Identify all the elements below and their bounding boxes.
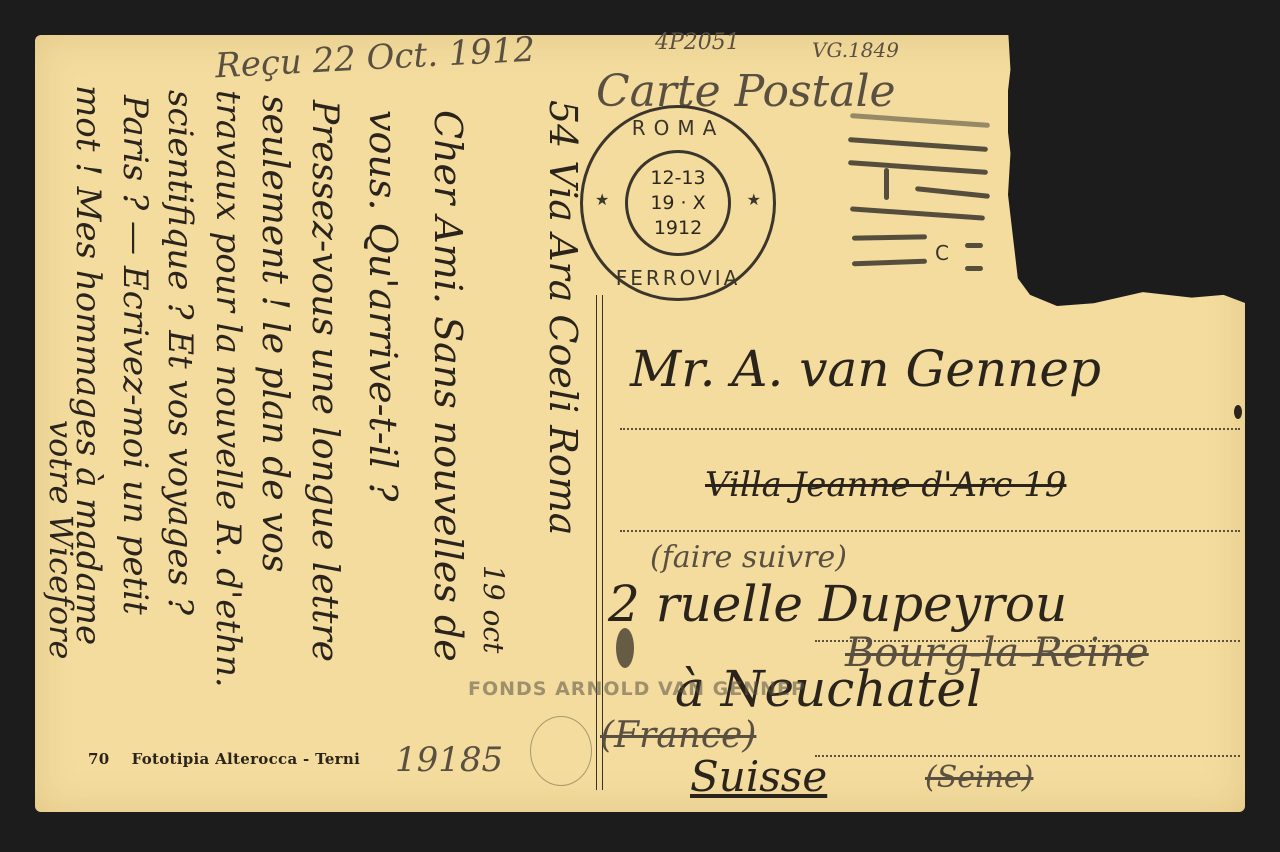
address-line-2 [620, 530, 1240, 532]
recipient-dept-struck: (Seine) [925, 760, 1033, 795]
cancel-letter: C [935, 241, 949, 265]
inventory-number: 19185 [395, 740, 503, 780]
sender-date: 19 oct [477, 565, 510, 653]
message-line: travaux pour la nouvelle R. d'ethn. [208, 90, 248, 688]
forward-note: (faire suivre) [650, 540, 847, 575]
message-line: votre Wicefore [42, 420, 80, 659]
recipient-street-struck: Villa Jeanne d'Arc 19 [705, 465, 1066, 505]
catalog-code: 4P2051 [655, 30, 740, 55]
torn-corner [1008, 28, 1253, 306]
printer-imprint: 70 Fototipia Alterocca - Terni [88, 750, 360, 768]
postmark-day-month: 19 · X [650, 191, 705, 216]
postmark-city: ROMA [583, 116, 773, 140]
postmark-date: 12-13 19 · X 1912 [625, 150, 731, 256]
ink-blot [616, 628, 634, 668]
recipient-country-struck: (France) [600, 715, 756, 756]
archive-stamp: FONDS ARNOLD VAN GENNEP [468, 678, 806, 700]
postmark-time: 12-13 [650, 166, 705, 191]
message-line: Pressez-vous une longue lettre [304, 100, 345, 662]
catalog-ref: VG.1849 [812, 38, 899, 62]
faded-round-stamp [530, 716, 592, 786]
recipient-street-new: 2 ruelle Dupeyrou [608, 575, 1067, 633]
star-icon: ★ [747, 190, 761, 209]
message-line: Paris ? — Ecrivez-moi un petit [115, 95, 155, 615]
star-icon: ★ [595, 190, 609, 209]
printer-number: 70 [88, 750, 109, 768]
message-line: Cher Ami. Sans nouvelles de [426, 110, 470, 662]
message-line: scientifique ? Et vos voyages ? [160, 90, 200, 615]
address-line-4 [815, 755, 1240, 757]
postmark-office: FERROVIA [583, 266, 773, 290]
recipient-name: Mr. A. van Gennep [630, 340, 1101, 398]
printer-name: Fototipia Alterocca - Terni [132, 750, 361, 768]
postmark: ROMA ★ ★ 12-13 19 · X 1912 FERROVIA [580, 105, 776, 301]
address-line-1 [620, 428, 1240, 430]
sender-address: 54 Via Ara Coeli Roma [541, 100, 585, 535]
recipient-country-new: Suisse [690, 752, 827, 801]
postmark-year: 1912 [654, 216, 702, 241]
carte-postale-heading: Carte Postale [596, 66, 896, 117]
message-line: seulement ! le plan de vos [254, 95, 295, 572]
message-line: vous. Qu'arrive-t-il ? [361, 110, 405, 501]
ink-blot [1234, 405, 1242, 419]
